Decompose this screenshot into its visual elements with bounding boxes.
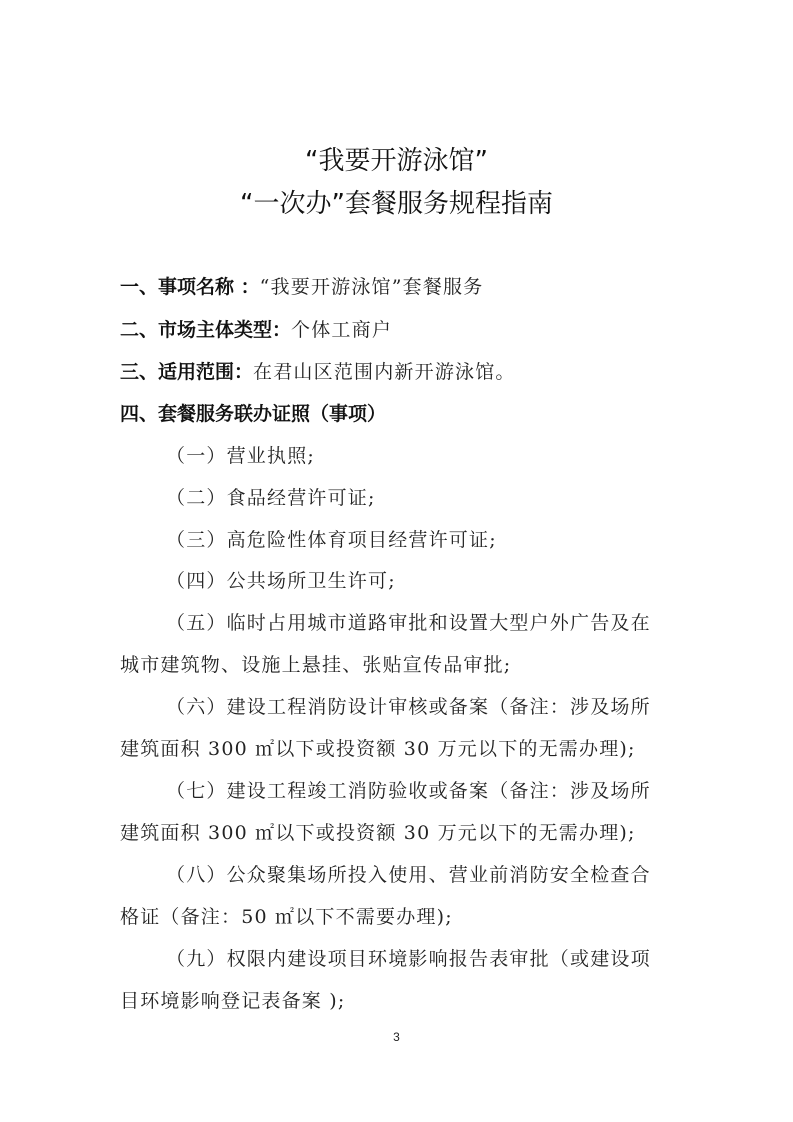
section-item-name: 一、事项名称 ：“我要开游泳馆”套餐服务 <box>120 272 483 299</box>
list-item-9-line-2: 目环境影响登记表备案 ); <box>120 986 345 1013</box>
list-item-7-line-1: （七）建设工程竣工消防验收或备案（备注：涉及场所 <box>166 776 651 803</box>
list-item-6-line-2: 建筑面积 300 ㎡以下或投资额 30 万元以下的无需办理); <box>120 734 636 761</box>
section-value: 在君山区范围内新开游泳馆。 <box>253 361 516 383</box>
document-title-line-2: “一次办”套餐服务规程指南 <box>0 183 793 220</box>
document-page: “我要开游泳馆” “一次办”套餐服务规程指南 一、事项名称 ：“我要开游泳馆”套… <box>0 0 793 1122</box>
list-item-8-line-1: （八）公众聚集场所投入使用、营业前消防安全检查合 <box>166 860 651 887</box>
list-item-9-line-1: （九）权限内建设项目环境影响报告表审批（或建设项 <box>166 944 651 971</box>
section-label: 二、市场主体类型： <box>120 319 291 341</box>
section-label: 三、适用范围： <box>120 361 253 383</box>
document-title-line-1: “我要开游泳馆” <box>0 140 793 177</box>
list-item-7-line-2: 建筑面积 300 ㎡以下或投资额 30 万元以下的无需办理); <box>120 818 636 845</box>
list-item-8-line-2: 格证（备注：50 ㎡以下不需要办理); <box>120 902 453 929</box>
list-item-1: （一）营业执照; <box>166 441 315 468</box>
section-scope: 三、适用范围：在君山区范围内新开游泳馆。 <box>120 357 516 384</box>
section-entity-type: 二、市场主体类型：个体工商户 <box>120 315 392 342</box>
section-licenses-heading: 四、套餐服务联办证照（事项） <box>120 399 386 426</box>
section-value: 个体工商户 <box>291 319 392 341</box>
list-item-5-line-2: 城市建筑物、设施上悬挂、张贴宣传品审批; <box>120 650 511 677</box>
list-item-4: （四）公共场所卫生许可; <box>166 566 396 593</box>
list-item-3: （三）高危险性体育项目经营许可证; <box>166 525 497 552</box>
section-label: 四、套餐服务联办证照（事项） <box>120 403 386 425</box>
page-number: 3 <box>0 1030 793 1044</box>
section-value: “我要开游泳馆”套餐服务 <box>260 276 484 298</box>
list-item-6-line-1: （六）建设工程消防设计审核或备案（备注：涉及场所 <box>166 692 651 719</box>
list-item-5-line-1: （五）临时占用城市道路审批和设置大型户外广告及在 <box>166 608 651 635</box>
section-label: 一、事项名称 ： <box>120 276 260 298</box>
list-item-2: （二）食品经营许可证; <box>166 483 376 510</box>
